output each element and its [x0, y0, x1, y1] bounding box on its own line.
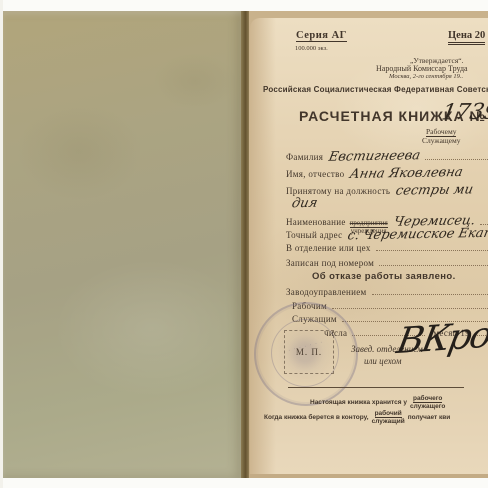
management-row: Заводоуправлением	[286, 286, 488, 297]
footer-frac2-top: рабочий	[375, 410, 402, 418]
address-value: с. Черемисское Екате	[347, 226, 488, 244]
footer-line-1: Настоящая книжка хранится у рабочего слу…	[310, 395, 488, 410]
footer-divider	[288, 387, 464, 388]
reg-number-label: Записан под номером	[286, 258, 374, 268]
footer-line1-text: Настоящая книжка хранится у	[310, 399, 407, 406]
name-label: Имя, отчество	[286, 169, 344, 179]
department-label: В отделение или цех	[286, 243, 371, 253]
name-row: Имя, отчество Анна Яковлевна	[286, 166, 488, 181]
footer-line-2: Когда книжка берется в контору, рабочий …	[264, 410, 488, 425]
dotted-line	[480, 216, 488, 225]
reg-number-row: Записан под номером	[286, 257, 488, 268]
republic-heading: Российская Социалистическая Федеративная…	[263, 85, 488, 94]
surname-row: Фамилия Евстигнеева	[286, 149, 488, 164]
left-cover-page	[2, 11, 243, 478]
dotted-line	[425, 151, 488, 160]
left-margin	[0, 0, 3, 488]
footer-line2-text: Когда книжка берется в контору,	[264, 414, 369, 421]
stamp-place-box: М. П.	[284, 330, 334, 374]
dotted-line	[379, 257, 488, 266]
dotted-line	[376, 242, 488, 251]
to-employee-label: Служащему	[422, 137, 461, 145]
price-label: Цена 20	[448, 30, 485, 45]
book-number-handwritten: 1739	[439, 100, 488, 126]
footer-frac1-top: рабочего	[413, 395, 442, 403]
org-label: Наименование	[286, 217, 346, 227]
department-row: В отделение или цех	[286, 242, 488, 253]
surname-label: Фамилия	[286, 152, 323, 162]
position-value-continued: дия	[290, 196, 318, 211]
bottom-margin	[0, 478, 488, 488]
mp-label: М. П.	[296, 347, 322, 357]
commissar-label: Народный Комиссар Труда	[376, 64, 468, 73]
name-value: Анна Яковлевна	[349, 165, 465, 182]
place-date-label: Москва, 2-го сентября 19..	[389, 73, 463, 80]
refusal-heading: Об отказе работы заявлено.	[312, 271, 456, 282]
surname-value: Евстигнеева	[328, 148, 422, 165]
position-label: Принятому на должность	[286, 186, 390, 196]
dotted-line	[372, 286, 488, 295]
address-label: Точный адрес	[286, 230, 342, 240]
address-row: Точный адрес с. Черемисское Екате	[286, 227, 488, 242]
signature-handwritten: ВКро	[394, 315, 488, 362]
edition-label: 100.000 экз.	[295, 45, 328, 52]
scanned-paybook: Серия АГ 100.000 экз. Цена 20 „Утверждае…	[0, 0, 488, 488]
footer-frac2-bottom: служащий	[372, 418, 405, 425]
dotted-line	[332, 300, 488, 309]
right-page: Серия АГ 100.000 экз. Цена 20 „Утверждае…	[250, 18, 488, 474]
position-value: сестры ми	[395, 182, 475, 198]
management-label: Заводоуправлением	[286, 287, 367, 297]
series-label: Серия АГ	[296, 30, 347, 42]
footer-line2-post: получает кви	[408, 414, 451, 421]
top-margin	[0, 0, 488, 11]
